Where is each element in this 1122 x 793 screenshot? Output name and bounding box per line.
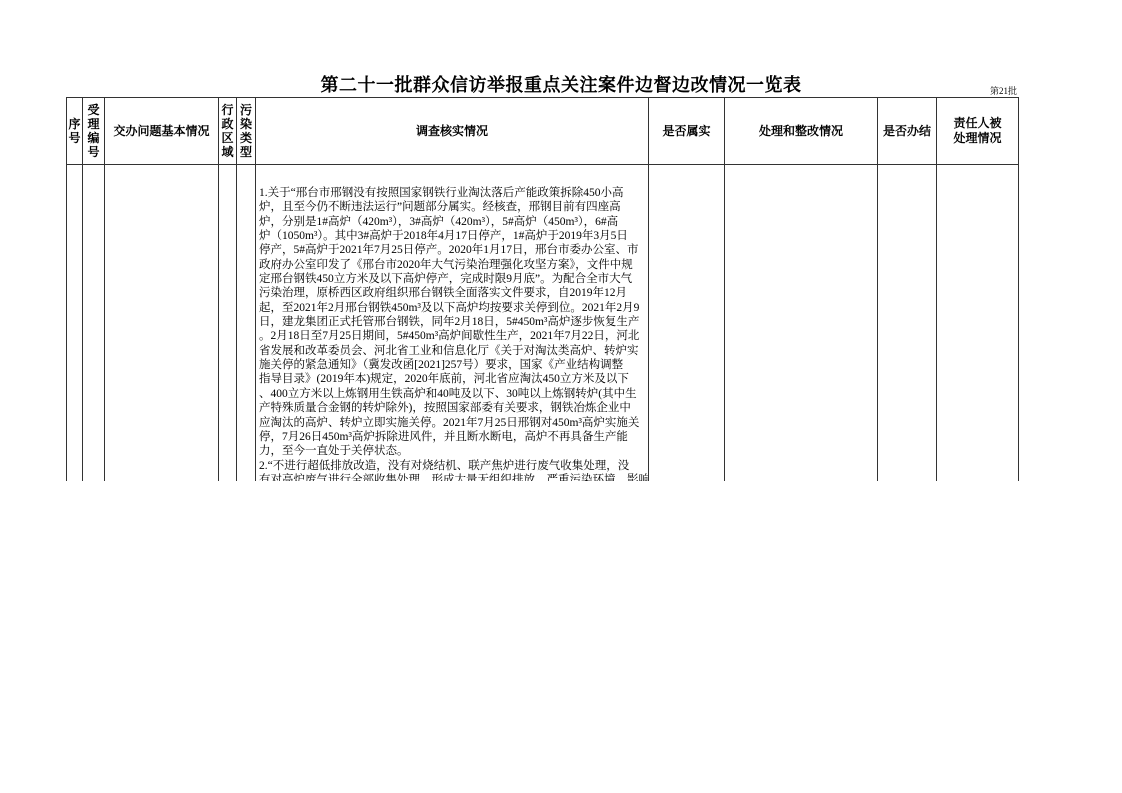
header-seq-label: 序号 (68, 117, 81, 145)
cell-verified (649, 165, 725, 482)
header-row: 序号 受理编号 交办问题基本情况 行政区域 污染类型 调查核实情况 (67, 98, 1019, 165)
cell-region (219, 165, 237, 482)
document-page: 第二十一批群众信访举报重点关注案件边督边改情况一览表 第21批 序号 (0, 0, 1122, 793)
header-investigation-label: 调查核实情况 (416, 124, 488, 138)
header-closed: 是否办结 (878, 98, 937, 165)
header-pollution-type-label: 污染类型 (240, 103, 253, 159)
header-case-no: 受理编号 (83, 98, 105, 165)
header-handling: 处理和整改情况 (725, 98, 878, 165)
header-region: 行政区域 (219, 98, 237, 165)
header-problem-label: 交办问题基本情况 (113, 124, 209, 138)
cell-handling (725, 165, 878, 482)
case-row: 1.关于“邢台市邢钢没有按照国家钢铁行业淘汰落后产能政策拆除450小高 炉，且至… (67, 165, 1019, 482)
cell-closed (878, 165, 937, 482)
header-investigation: 调查核实情况 (256, 98, 649, 165)
header-accountability-label: 责任人被处理情况 (953, 116, 1002, 146)
batch-label: 第21批 (66, 84, 1018, 98)
header-region-label: 行政区域 (221, 103, 234, 159)
cell-investigation: 1.关于“邢台市邢钢没有按照国家钢铁行业淘汰落后产能政策拆除450小高 炉，且至… (256, 165, 649, 482)
header-accountability: 责任人被处理情况 (937, 98, 1019, 165)
header-problem: 交办问题基本情况 (105, 98, 219, 165)
header-pollution-type: 污染类型 (237, 98, 256, 165)
cell-pollution-type (237, 165, 256, 482)
cell-case-no (83, 165, 105, 482)
batch-label-text: 第21批 (989, 84, 1018, 98)
header-case-no-label: 受理编号 (87, 103, 100, 159)
case-table: 序号 受理编号 交办问题基本情况 行政区域 污染类型 调查核实情况 (66, 97, 1019, 481)
header-seq: 序号 (67, 98, 83, 165)
header-verified: 是否属实 (649, 98, 725, 165)
header-verified-label: 是否属实 (662, 124, 710, 138)
cell-accountability (937, 165, 1019, 482)
header-handling-label: 处理和整改情况 (759, 124, 843, 138)
cell-problem (105, 165, 219, 482)
header-closed-label: 是否办结 (883, 124, 931, 138)
cell-seq (67, 165, 83, 482)
case-table-wrap: 序号 受理编号 交办问题基本情况 行政区域 污染类型 调查核实情况 (66, 97, 1019, 481)
